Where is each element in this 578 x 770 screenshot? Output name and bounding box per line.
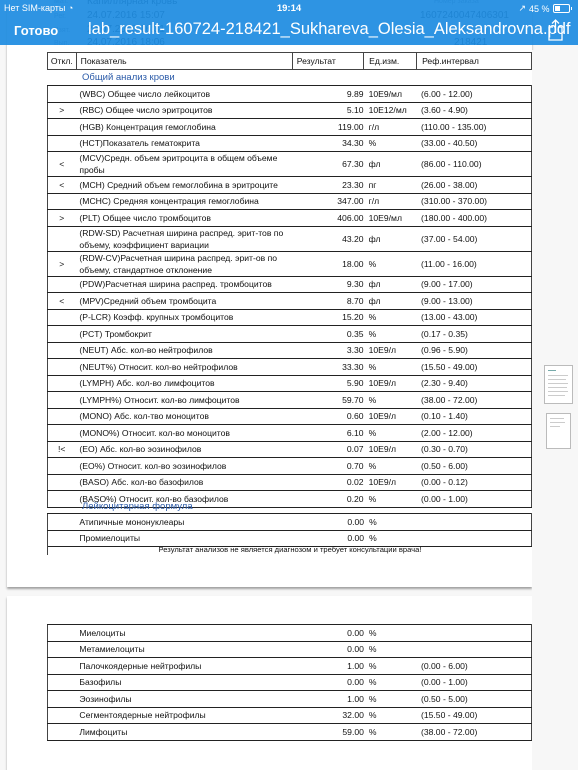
result-value: 6.10: [297, 425, 364, 442]
result-value: 23.30: [297, 177, 364, 194]
table-row: !<(EO) Абс. кол-во эозинофилов0.0710E9/л…: [48, 441, 532, 458]
col-ref-header: Реф.интервал: [417, 53, 532, 70]
table-row: (HCT)Показатель гематокрита34.30%(33.00 …: [48, 135, 532, 152]
table-row: (MONO%) Относит. кол-во моноцитов6.10%(2…: [48, 425, 532, 442]
test-name: (BASO) Абс. кол-во базофилов: [75, 474, 296, 491]
test-name: (WBC) Общее число лейкоцитов: [75, 86, 296, 103]
table-row: Сегментоядерные нейтрофилы32.00%(15.50 -…: [48, 707, 532, 724]
unit: фл: [364, 152, 416, 177]
disclaimer-note: Результат анализов не является диагнозом…: [47, 545, 533, 555]
test-name: Атипичные мононуклеары: [75, 514, 297, 531]
test-name: (RBC) Общее число эритроцитов: [75, 102, 296, 119]
result-value: 347.00: [297, 193, 364, 210]
reference-range: (33.00 - 40.50): [416, 135, 531, 152]
reference-range: (0.00 - 0.12): [416, 474, 531, 491]
table-row: Лимфоциты59.00%(38.00 - 72.00): [48, 724, 532, 741]
reference-range: (0.17 - 0.35): [416, 326, 531, 343]
table-row: (HGB) Концентрация гемоглобина119.00г/л(…: [48, 119, 532, 136]
deviation-flag: [48, 276, 76, 293]
result-value: 0.70: [297, 458, 364, 475]
test-name: (PLT) Общее число тромбоцитов: [75, 210, 296, 227]
deviation-flag: >: [48, 102, 76, 119]
unit: фл: [364, 293, 416, 310]
deviation-flag: <: [48, 177, 76, 194]
test-name: (P-LCR) Коэфф. крупных тромбоцитов: [75, 309, 296, 326]
reference-range: (110.00 - 135.00): [416, 119, 531, 136]
battery-status: ↗ 45 %: [518, 3, 572, 14]
test-name: (MCV)Средн. объем эритроцита в общем объ…: [75, 152, 296, 177]
unit: %: [364, 707, 416, 724]
deviation-flag: [48, 86, 76, 103]
results-table-header: Откл. Показатель Результат Ед.изм. Реф.и…: [47, 52, 532, 70]
result-value: 18.00: [297, 251, 364, 276]
deviation-flag: [48, 724, 76, 741]
unit: %: [364, 392, 416, 409]
deviation-flag: [48, 226, 76, 251]
reference-range: (0.00 - 1.00): [416, 491, 531, 508]
result-value: 67.30: [297, 152, 364, 177]
result-value: 0.00: [297, 514, 364, 531]
table-row: <(MPV)Средний объем тромбоцита8.70фл(9.0…: [48, 293, 532, 310]
deviation-flag: <: [48, 152, 76, 177]
deviation-flag: [48, 193, 76, 210]
reference-range: (9.00 - 17.00): [416, 276, 531, 293]
unit: %: [364, 691, 416, 708]
reference-range: (9.00 - 13.00): [416, 293, 531, 310]
unit: фл: [364, 276, 416, 293]
result-value: 9.30: [297, 276, 364, 293]
reference-range: (310.00 - 370.00): [416, 193, 531, 210]
status-bar: Нет SIM-карты ◔ 19:14 ↗ 45 %: [0, 0, 578, 18]
unit: %: [364, 641, 416, 658]
reference-range: (0.30 - 0.70): [416, 441, 531, 458]
deviation-flag: [48, 641, 76, 658]
reference-range: (0.00 - 6.00): [416, 658, 532, 675]
deviation-flag: [48, 691, 76, 708]
test-name: (EO%) Относит. кол-во эозинофилов: [75, 458, 296, 475]
result-value: 5.10: [297, 102, 364, 119]
deviation-flag: [48, 392, 76, 409]
reference-range: (0.10 - 1.40): [416, 408, 531, 425]
result-value: 1.00: [297, 691, 364, 708]
deviation-flag: [48, 119, 76, 136]
section-title-leukoformula: Лейкоцитарная формула: [82, 501, 193, 512]
section-title-cbc: Общий анализ крови: [82, 72, 175, 83]
deviation-flag: [48, 658, 76, 675]
done-button[interactable]: Готово: [14, 23, 58, 38]
page2-results-table: Миелоциты0.00%Метамиелоциты0.00%Палочкоя…: [47, 624, 532, 741]
reference-range: (86.00 - 110.00): [416, 152, 531, 177]
result-value: 33.30: [297, 359, 364, 376]
table-row: Метамиелоциты0.00%: [48, 641, 532, 658]
document-title: lab_result-160724-218421_Sukhareva_Olesi…: [88, 20, 571, 39]
table-row: <(MCV)Средн. объем эритроцита в общем об…: [48, 152, 532, 177]
test-name: (HGB) Концентрация гемоглобина: [75, 119, 296, 136]
test-name: (MCH) Средний объем гемоглобина в эритро…: [75, 177, 296, 194]
reference-range: (3.60 - 4.90): [416, 102, 531, 119]
deviation-flag: [48, 625, 76, 642]
table-row: (MONO) Абс. кол-тво моноцитов0.6010E9/л(…: [48, 408, 532, 425]
unit: %: [364, 724, 416, 741]
reference-range: (0.96 - 5.90): [416, 342, 531, 359]
pdf-page-2: Миелоциты0.00%Метамиелоциты0.00%Палочкоя…: [7, 596, 532, 770]
unit: 10E12/мл: [364, 102, 416, 119]
table-row: Базофилы0.00%(0.00 - 1.00): [48, 674, 532, 691]
deviation-flag: [48, 474, 76, 491]
table-row: (PCT) Тромбокрит0.35%(0.17 - 0.35): [48, 326, 532, 343]
deviation-flag: <: [48, 293, 76, 310]
clock: 19:14: [0, 3, 578, 14]
test-name: (MONO) Абс. кол-тво моноцитов: [75, 408, 296, 425]
unit: %: [364, 491, 416, 508]
reference-range: (37.00 - 54.00): [416, 226, 531, 251]
table-row: (P-LCR) Коэфф. крупных тромбоцитов15.20%…: [48, 309, 532, 326]
deviation-flag: [48, 491, 76, 508]
pdf-viewer[interactable]: Мат. Капиллярная кровь Рег. 24.07.2016 1…: [0, 0, 578, 770]
result-value: 0.00: [297, 625, 364, 642]
table-row: (PDW)Расчетная ширина распред. тромбоцит…: [48, 276, 532, 293]
reference-range: (0.50 - 5.00): [416, 691, 532, 708]
unit: %: [364, 458, 416, 475]
test-name: Миелоциты: [75, 625, 297, 642]
unit: %: [364, 359, 416, 376]
unit: 10E9/мл: [364, 210, 416, 227]
col-result-header: Результат: [292, 53, 363, 70]
location-arrow-icon: ↗: [518, 3, 526, 14]
result-value: 34.30: [297, 135, 364, 152]
unit: %: [364, 514, 416, 531]
unit: 10E9/л: [364, 342, 416, 359]
thumbnail-page-1[interactable]: [544, 365, 573, 404]
thumbnail-page-2[interactable]: [546, 413, 571, 449]
result-value: 8.70: [297, 293, 364, 310]
table-row: Миелоциты0.00%: [48, 625, 532, 642]
deviation-flag: >: [48, 210, 76, 227]
reference-range: (180.00 - 400.00): [416, 210, 531, 227]
reference-range: (0.50 - 6.00): [416, 458, 531, 475]
reference-range: (2.00 - 12.00): [416, 425, 531, 442]
table-row: (BASO) Абс. кол-во базофилов0.0210E9/л(0…: [48, 474, 532, 491]
result-value: 1.00: [297, 658, 364, 675]
unit: г/л: [364, 119, 416, 136]
unit: 10E9/л: [364, 474, 416, 491]
page-thumbnail-strip[interactable]: [532, 50, 578, 770]
result-value: 406.00: [297, 210, 364, 227]
deviation-flag: >: [48, 251, 76, 276]
test-name: (EO) Абс. кол-во эозинофилов: [75, 441, 296, 458]
reference-range: (15.50 - 49.00): [416, 707, 532, 724]
result-value: 0.20: [297, 491, 364, 508]
result-value: 0.35: [297, 326, 364, 343]
battery-percent: 45 %: [529, 4, 550, 14]
unit: %: [364, 251, 416, 276]
reference-range: (38.00 - 72.00): [416, 392, 531, 409]
table-row: >(RBC) Общее число эритроцитов5.1010E12/…: [48, 102, 532, 119]
reference-range: (26.00 - 38.00): [416, 177, 531, 194]
table-row: (NEUT%) Относит. кол-во нейтрофилов33.30…: [48, 359, 532, 376]
reference-range: (15.50 - 49.00): [416, 359, 531, 376]
battery-icon: [553, 4, 570, 13]
deviation-flag: [48, 425, 76, 442]
reference-range: (6.00 - 12.00): [416, 86, 531, 103]
unit: %: [364, 425, 416, 442]
unit: 10E9/л: [364, 375, 416, 392]
test-name: (RDW-SD) Расчетная ширина распред. эрит-…: [75, 226, 296, 251]
unit: 10E9/л: [364, 408, 416, 425]
unit: 10E9/л: [364, 441, 416, 458]
deviation-flag: [48, 359, 76, 376]
reference-range: [416, 625, 532, 642]
table-row: <(MCH) Средний объем гемоглобина в эритр…: [48, 177, 532, 194]
result-value: 119.00: [297, 119, 364, 136]
reference-range: (2.30 - 9.40): [416, 375, 531, 392]
table-row: (LYMPH%) Относит. кол-во лимфоцитов59.70…: [48, 392, 532, 409]
deviation-flag: [48, 135, 76, 152]
test-name: (NEUT) Абс. кол-во нейтрофилов: [75, 342, 296, 359]
deviation-flag: [48, 342, 76, 359]
test-name: (MCHC) Средняя концентрация гемоглобина: [75, 193, 296, 210]
test-name: (MONO%) Относит. кол-во моноцитов: [75, 425, 296, 442]
result-value: 15.20: [297, 309, 364, 326]
col-name-header: Показатель: [76, 53, 292, 70]
result-value: 0.02: [297, 474, 364, 491]
table-row: (MCHC) Средняя концентрация гемоглобина3…: [48, 193, 532, 210]
result-value: 9.89: [297, 86, 364, 103]
reference-range: (0.00 - 1.00): [416, 674, 532, 691]
test-name: (RDW-CV)Расчетная ширина распред. эрит-о…: [75, 251, 296, 276]
cbc-results-table: (WBC) Общее число лейкоцитов9.8910E9/мл(…: [47, 85, 532, 508]
table-row: Палочкоядерные нейтрофилы1.00%(0.00 - 6.…: [48, 658, 532, 675]
deviation-flag: !<: [48, 441, 76, 458]
test-name: Сегментоядерные нейтрофилы: [75, 707, 297, 724]
test-name: Палочкоядерные нейтрофилы: [75, 658, 297, 675]
leukoformula-results-table: Атипичные мононуклеары0.00%Промиелоциты0…: [47, 513, 532, 547]
result-value: 43.20: [297, 226, 364, 251]
reference-range: [416, 514, 531, 531]
unit: фл: [364, 226, 416, 251]
test-name: Метамиелоциты: [75, 641, 297, 658]
unit: %: [364, 326, 416, 343]
result-value: 5.90: [297, 375, 364, 392]
col-unit-header: Ед.изм.: [364, 53, 417, 70]
unit: %: [364, 674, 416, 691]
unit: %: [364, 658, 416, 675]
deviation-flag: [48, 375, 76, 392]
result-value: 59.70: [297, 392, 364, 409]
table-row: (LYMPH) Абс. кол-во лимфоцитов5.9010E9/л…: [48, 375, 532, 392]
unit: пг: [364, 177, 416, 194]
table-row: >(RDW-CV)Расчетная ширина распред. эрит-…: [48, 251, 532, 276]
result-value: 0.00: [297, 641, 364, 658]
test-name: (HCT)Показатель гематокрита: [75, 135, 296, 152]
table-row: (NEUT) Абс. кол-во нейтрофилов3.3010E9/л…: [48, 342, 532, 359]
deviation-flag: [48, 707, 76, 724]
pdf-page-1: Мат. Капиллярная кровь Рег. 24.07.2016 1…: [7, 0, 532, 587]
result-value: 59.00: [297, 724, 364, 741]
col-flag-header: Откл.: [48, 53, 77, 70]
unit: %: [364, 135, 416, 152]
result-value: 0.60: [297, 408, 364, 425]
table-row: >(PLT) Общее число тромбоцитов406.0010E9…: [48, 210, 532, 227]
share-icon[interactable]: [547, 19, 564, 41]
table-row: Эозинофилы1.00%(0.50 - 5.00): [48, 691, 532, 708]
deviation-flag: [48, 514, 76, 531]
test-name: (PDW)Расчетная ширина распред. тромбоцит…: [75, 276, 296, 293]
test-name: Эозинофилы: [75, 691, 297, 708]
deviation-flag: [48, 458, 76, 475]
reference-range: (38.00 - 72.00): [416, 724, 532, 741]
reference-range: (11.00 - 16.00): [416, 251, 531, 276]
deviation-flag: [48, 408, 76, 425]
reference-range: (13.00 - 43.00): [416, 309, 531, 326]
result-value: 0.00: [297, 674, 364, 691]
test-name: (PCT) Тромбокрит: [75, 326, 296, 343]
test-name: Базофилы: [75, 674, 297, 691]
test-name: Лимфоциты: [75, 724, 297, 741]
result-value: 32.00: [297, 707, 364, 724]
table-row: Атипичные мононуклеары0.00%: [48, 514, 532, 531]
battery-tip: [571, 7, 573, 10]
deviation-flag: [48, 326, 76, 343]
deviation-flag: [48, 309, 76, 326]
test-name: (MPV)Средний объем тромбоцита: [75, 293, 296, 310]
navigation-bar: Нет SIM-карты ◔ 19:14 ↗ 45 % Готово lab_…: [0, 0, 578, 45]
deviation-flag: [48, 674, 76, 691]
reference-range: [416, 641, 532, 658]
test-name: (LYMPH) Абс. кол-во лимфоцитов: [75, 375, 296, 392]
result-value: 0.07: [297, 441, 364, 458]
test-name: (LYMPH%) Относит. кол-во лимфоцитов: [75, 392, 296, 409]
table-row: (RDW-SD) Расчетная ширина распред. эрит-…: [48, 226, 532, 251]
result-value: 3.30: [297, 342, 364, 359]
unit: %: [364, 625, 416, 642]
table-row: (EO%) Относит. кол-во эозинофилов0.70%(0…: [48, 458, 532, 475]
unit: 10E9/мл: [364, 86, 416, 103]
unit: г/л: [364, 193, 416, 210]
unit: %: [364, 309, 416, 326]
test-name: (NEUT%) Относит. кол-во нейтрофилов: [75, 359, 296, 376]
table-row: (WBC) Общее число лейкоцитов9.8910E9/мл(…: [48, 86, 532, 103]
